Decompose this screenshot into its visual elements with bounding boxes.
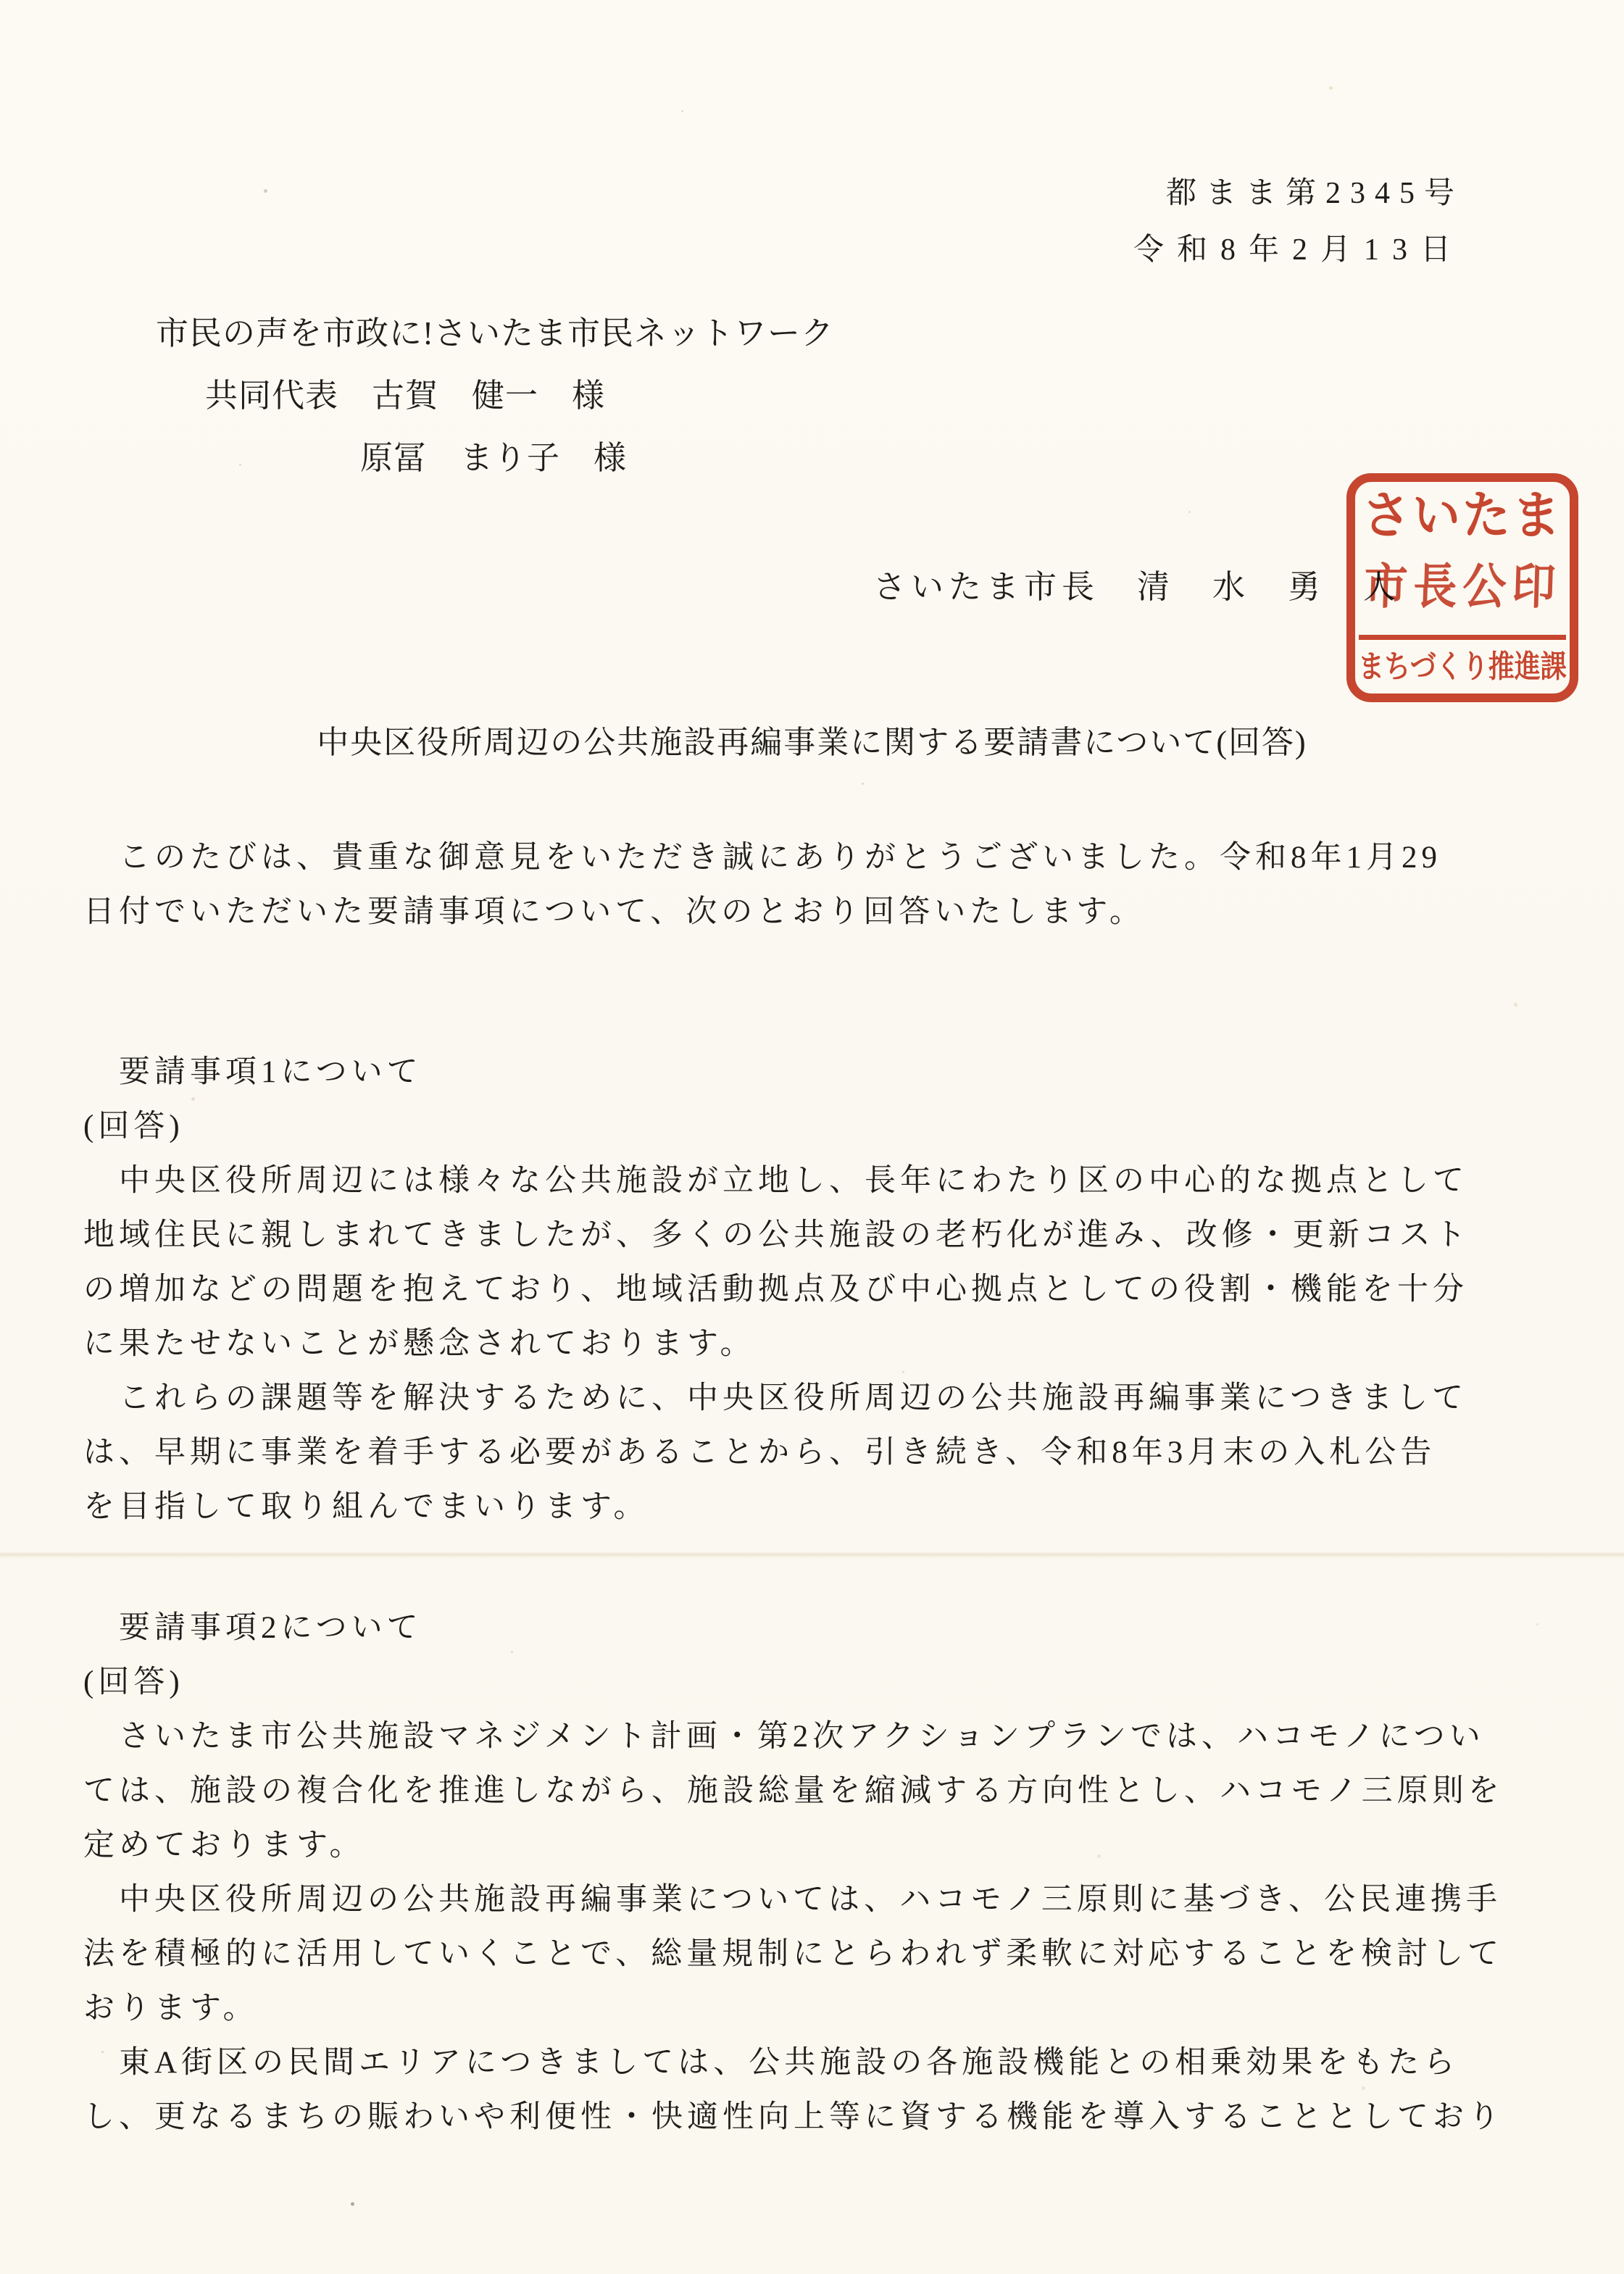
- body-line: 地域住民に親しまれてきましたが、多くの公共施設の老朽化が進み、改修・更新コスト: [83, 1208, 1544, 1262]
- official-seal: さいたま 市長公印 まちづくり推進課: [1346, 473, 1578, 702]
- seal-text-middle: 市長公印: [1354, 546, 1571, 640]
- fold-crease: [0, 1552, 1624, 1559]
- body-line: これらの課題等を解決するために、中央区役所周辺の公共施設再編事業につきまして: [83, 1371, 1544, 1425]
- document-page: 都まま第2345号 令和8年2月13日 市民の声を市政に!さいたま市民ネットワー…: [0, 0, 1624, 2274]
- body-line: 中央区役所周辺の公共施設再編事業については、ハコモノ三原則に基づき、公民連携手: [83, 1873, 1544, 1927]
- body-line: 日付でいただいた要請事項について、次のとおり回答いたします。: [83, 885, 1544, 939]
- recipient-representative-1: 共同代表 古賀 健一 様: [156, 365, 834, 427]
- body-line: 法を積極的に活用していくことで、総量規制にとらわれず柔軟に対応することを検討して: [83, 1927, 1544, 1981]
- answer-label: (回答): [83, 1655, 1544, 1709]
- document-header: 都まま第2345号 令和8年2月13日: [1133, 165, 1464, 278]
- recipient-organization: 市民の声を市政に!さいたま市民ネットワーク: [156, 302, 834, 365]
- body-line: さいたま市公共施設マネジメント計画・第2次アクションプランでは、ハコモノについ: [83, 1709, 1544, 1764]
- body-line: を目指して取り組んでまいります。: [83, 1480, 1544, 1534]
- body-line: 東A街区の民間エリアにつきましては、公共施設の各施設機能との相乗効果をもたら: [83, 2036, 1544, 2090]
- recipient-block: 市民の声を市政に!さいたま市民ネットワーク 共同代表 古賀 健一 様 原冨 まり…: [156, 302, 834, 489]
- body-line: ては、施設の複合化を推進しながら、施設総量を縮減する方向性とし、ハコモノ三原則を: [83, 1764, 1544, 1818]
- sender-name: さいたま市長 清 水 勇 人: [873, 558, 1401, 616]
- answer-label: (回答): [83, 1099, 1544, 1154]
- recipient-representative-2: 原冨 まり子 様: [156, 427, 834, 489]
- opening-paragraph: このたびは、貴重な御意見をいただき誠にありがとうございました。令和8年1月29 …: [83, 830, 1544, 939]
- subject-title: 中央区役所周辺の公共施設再編事業に関する要請書について(回答): [0, 720, 1624, 765]
- seal-text-top: さいたま: [1355, 479, 1570, 554]
- request-item-1-section: 要請事項1について (回答) 中央区役所周辺には様々な公共施設が立地し、長年にわ…: [83, 1045, 1544, 1534]
- body-line: の増加などの問題を抱えており、地域活動拠点及び中心拠点としての役割・機能を十分: [83, 1262, 1544, 1317]
- seal-text-bottom: まちづくり推進課: [1355, 635, 1570, 699]
- scan-noise: [0, 0, 2, 2]
- body-line: 中央区役所周辺には様々な公共施設が立地し、長年にわたり区の中心的な拠点として: [83, 1154, 1544, 1208]
- doc-date: 令和8年2月13日: [1133, 222, 1464, 278]
- body-line: 定めております。: [83, 1818, 1544, 1873]
- request-item-2-section: 要請事項2について (回答) さいたま市公共施設マネジメント計画・第2次アクショ…: [83, 1601, 1544, 2144]
- section-heading: 要請事項2について: [83, 1601, 1544, 1655]
- body-line: は、早期に事業を着手する必要があることから、引き続き、令和8年3月末の入札公告: [83, 1425, 1544, 1480]
- section-heading: 要請事項1について: [83, 1045, 1544, 1099]
- body-line: このたびは、貴重な御意見をいただき誠にありがとうございました。令和8年1月29: [83, 830, 1544, 885]
- body-line: おります。: [83, 1981, 1544, 2036]
- body-line: に果たせないことが懸念されております。: [83, 1317, 1544, 1371]
- doc-number: 都まま第2345号: [1133, 165, 1464, 222]
- body-line: し、更なるまちの賑わいや利便性・快適性向上等に資する機能を導入することとしており: [83, 2090, 1544, 2144]
